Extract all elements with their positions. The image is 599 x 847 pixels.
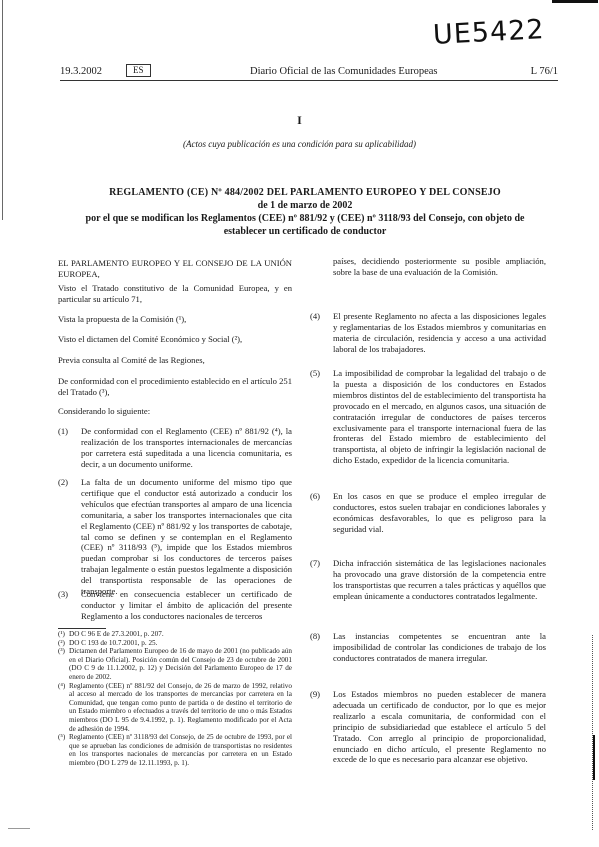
footnote-number: (²) [58,639,65,648]
citation: Visto el dictamen del Comité Económico y… [58,334,292,345]
recital-text: De conformidad con el Reglamento (CEE) n… [81,426,292,470]
recital-number: (8) [310,631,320,642]
recital-text: Las instancias competentes se encuentran… [333,631,546,664]
recital-number: (3) [58,589,68,600]
recital-text: Conviene en consecuencia establecer un c… [81,589,292,622]
recital: (7) Dicha infracción sistemática de las … [310,558,546,602]
header-date: 19.3.2002 [60,66,102,77]
recital-number: (9) [310,689,320,700]
citation: Vista la propuesta de la Comisión (¹), [58,314,292,325]
citation: Visto el Tratado constitutivo de la Comu… [58,283,292,305]
footnote-text: Dictamen del Parlamento Europeo de 16 de… [69,647,292,681]
scan-edge-mark [8,828,30,829]
citation: Previa consulta al Comité de las Regione… [58,355,292,366]
regulation-title: REGLAMENTO (CE) Nº 484/2002 DEL PARLAMEN… [80,186,530,238]
recital-text: La falta de un documento uniforme del mi… [81,477,292,597]
recital-number: (5) [310,368,320,379]
recital-text: Dicha infracción sistemática de las legi… [333,558,546,602]
footnote: (²)DO C 193 de 10.7.2001, p. 25. [58,639,292,648]
recital: (5) La imposibilidad de comprobar la leg… [310,368,546,466]
footnote: (³)Dictamen del Parlamento Europeo de 16… [58,647,292,681]
footnote-divider [58,628,106,629]
handwritten-reference: UE5422 [432,14,545,51]
scan-edge-mark [593,735,595,780]
recital: (9) Los Estados miembros no pueden estab… [310,689,546,765]
recital: (1) De conformidad con el Reglamento (CE… [58,426,292,470]
recital: (6) En los casos en que se produce el em… [310,491,546,535]
footnote-number: (¹) [58,630,65,639]
section-numeral: I [0,113,599,128]
scan-edge-mark [2,0,3,220]
recital-text: países, decidiendo posteriormente su pos… [333,256,546,278]
recital: (2) La falta de un documento uniforme de… [58,477,292,597]
recital: (4) El presente Reglamento no afecta a l… [310,311,546,355]
title-line-1: REGLAMENTO (CE) Nº 484/2002 DEL PARLAMEN… [80,186,530,199]
footnote-number: (⁴) [58,682,65,691]
recital-text: Los Estados miembros no pueden establece… [333,689,546,765]
preamble-opening: EL PARLAMENTO EUROPEO Y EL CONSEJO DE LA… [58,258,292,280]
scan-edge-mark [592,635,594,830]
recital: (3) Conviene en consecuencia establecer … [58,589,292,622]
recital: (8) Las instancias competentes se encuen… [310,631,546,664]
recital-number: (2) [58,477,68,488]
acts-note: (Actos cuya publicación es una condición… [0,139,599,149]
footnote-number: (³) [58,647,65,656]
page-reference: L 76/1 [531,66,558,77]
recital-text: El presente Reglamento no afecta a las d… [333,311,546,355]
footnote: (⁴)Reglamento (CEE) nº 881/92 del Consej… [58,682,292,734]
title-subject: por el que se modifican los Reglamentos … [80,212,530,238]
title-date: de 1 de marzo de 2002 [80,199,530,212]
recital-text: En los casos en que se produce el empleo… [333,491,546,535]
page-header: 19.3.2002 ES Diario Oficial de las Comun… [60,62,558,81]
recital-text: La imposibilidad de comprobar la legalid… [333,368,546,466]
journal-title: Diario Oficial de las Comunidades Europe… [250,66,438,77]
recital-number: (6) [310,491,320,502]
recital-number: (1) [58,426,68,437]
footnote-text: Reglamento (CEE) nº 881/92 del Consejo, … [69,682,292,733]
scan-corner-mark [552,0,598,3]
citation: De conformidad con el procedimiento esta… [58,376,292,398]
footnotes: (¹)DO C 96 E de 27.3.2001, p. 207. (²)DO… [58,630,292,768]
considering-heading: Considerando lo siguiente: [58,406,292,417]
language-badge: ES [126,64,151,77]
footnote-text: DO C 193 de 10.7.2001, p. 25. [69,639,157,647]
recital-number: (4) [310,311,320,322]
footnote-number: (⁵) [58,733,65,742]
recital-continuation: países, decidiendo posteriormente su pos… [310,256,546,278]
footnote: (¹)DO C 96 E de 27.3.2001, p. 207. [58,630,292,639]
recital-number: (7) [310,558,320,569]
footnote-text: DO C 96 E de 27.3.2001, p. 207. [69,630,164,638]
footnote: (⁵)Reglamento (CEE) nº 3118/93 del Conse… [58,733,292,767]
footnote-text: Reglamento (CEE) nº 3118/93 del Consejo,… [69,733,292,767]
